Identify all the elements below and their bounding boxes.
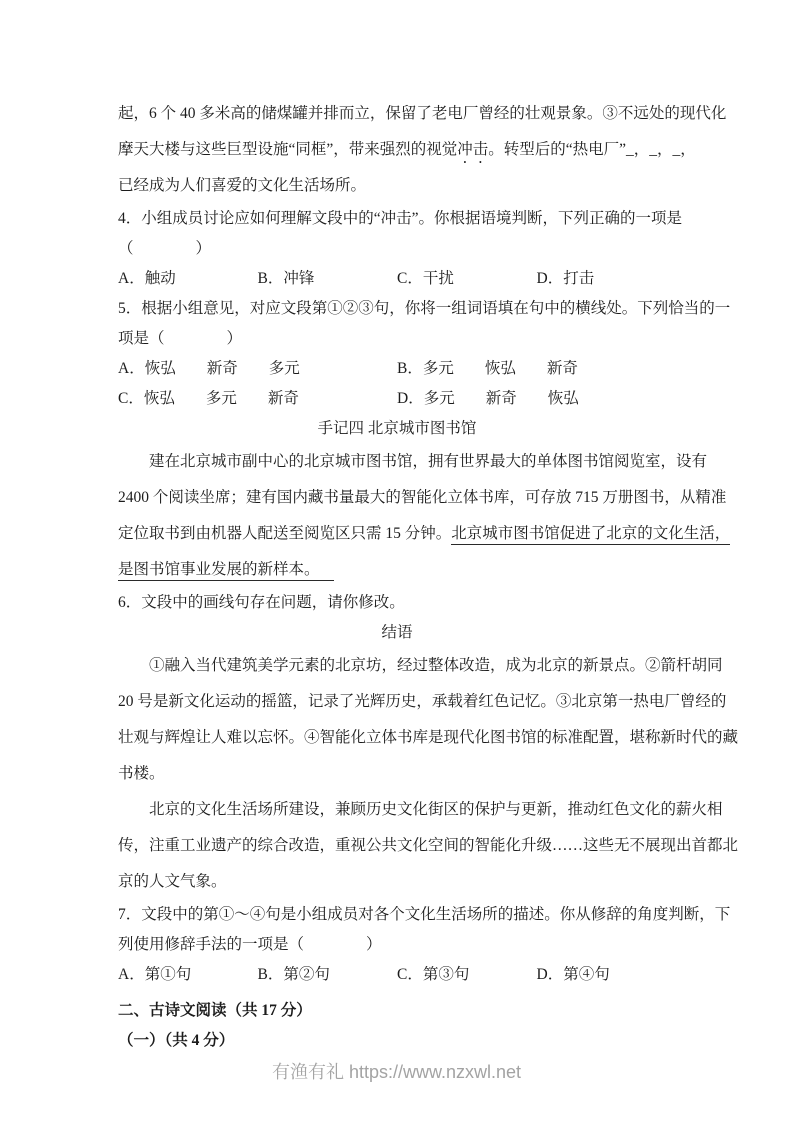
option-a: A．第①句 <box>118 960 258 990</box>
option-b: B．多元 恢弘 新奇 <box>397 354 676 384</box>
option-d: D．多元 新奇 恢弘 <box>397 384 676 414</box>
question-6-stem: 6．文段中的画线句存在问题，请你修改。 <box>118 588 676 618</box>
text-run: 。转型后的“热电厂” <box>488 141 626 158</box>
note-four-heading: 手记四 北京城市图书馆 <box>118 414 676 444</box>
paragraph-line: 定位取书到由机器人配送至阅览区只需 15 分钟。北京城市图书馆促进了北京的文化生… <box>118 516 676 552</box>
question-5-stem: 5．根据小组意见，对应文段第①②③句，你将一组词语填在句中的横线处。下列恰当的一 <box>118 294 676 324</box>
text-run: 定位取书到由机器人配送至阅览区只需 15 分钟。 <box>118 525 451 542</box>
paragraph-line: 京的人文气象。 <box>118 864 676 900</box>
option-c: C．恢弘 多元 新奇 <box>118 384 397 414</box>
section-two-title: 二、古诗文阅读（共 17 分） <box>118 996 676 1026</box>
closing-heading: 结语 <box>118 618 676 648</box>
paragraph-line: 北京的文化生活场所建设，兼顾历史文化街区的保护与更新，推动红色文化的薪火相 <box>118 792 676 828</box>
question-5-options-row2: C．恢弘 多元 新奇 D．多元 新奇 恢弘 <box>118 384 676 414</box>
paragraph-line: 20 号是新文化运动的摇篮，记录了光辉历史，承载着红色记忆。③北京第一热电厂曾经… <box>118 684 676 720</box>
option-a: A．触动 <box>118 264 258 294</box>
paragraph-line: 摩天大楼与这些巨型设施“同框”，带来强烈的视觉冲击。转型后的“热电厂”_，_，_… <box>118 132 676 168</box>
option-b: B．第②句 <box>258 960 398 990</box>
question-5-stem-continued: 项是（ ） <box>118 324 676 354</box>
question-4-stem: 4．小组成员讨论应如何理解文段中的“冲击”。你根据语境判断，下列正确的一项是 <box>118 204 676 234</box>
question-4-options: A．触动 B．冲锋 C．干扰 D．打击 <box>118 264 676 294</box>
text-run: 摩天大楼与这些巨型设施“同框”，带来强烈的视觉 <box>118 141 457 158</box>
question-7-stem-continued: 列使用修辞手法的一项是（ ） <box>118 930 676 960</box>
question-7-options: A．第①句 B．第②句 C．第③句 D．第④句 <box>118 960 676 990</box>
page-content: 起，6 个 40 多米高的储煤罐并排而立，保留了老电厂曾经的壮观景象。③不远处的… <box>118 96 676 1056</box>
watermark-footer: 有渔有礼 https://www.nzxwl.net <box>0 1058 793 1084</box>
exam-paper-page: 起，6 个 40 多米高的储煤罐并排而立，保留了老电厂曾经的壮观景象。③不远处的… <box>0 0 793 1122</box>
underlined-sentence: 是图书馆事业发展的新样本。 <box>118 561 334 581</box>
question-7-stem: 7．文段中的第①～④句是小组成员对各个文化生活场所的描述。你从修辞的角度判断，下 <box>118 900 676 930</box>
paragraph-line: ①融入当代建筑美学元素的北京坊，经过整体改造，成为北京的新景点。②箭杆胡同 <box>118 648 676 684</box>
question-4-answer-bracket: （ ） <box>118 234 676 264</box>
underlined-sentence: 北京城市图书馆促进了北京的文化生活， <box>451 525 730 545</box>
question-5-options-row1: A．恢弘 新奇 多元 B．多元 恢弘 新奇 <box>118 354 676 384</box>
paragraph-line: 建在北京城市副中心的北京城市图书馆，拥有世界最大的单体图书馆阅览室，设有 <box>118 444 676 480</box>
fill-in-blanks: _，_，_， <box>626 141 696 158</box>
paragraph-line: 壮观与辉煌让人难以忘怀。④智能化立体书库是现代化图书馆的标准配置，堪称新时代的藏 <box>118 720 676 756</box>
emphasized-text: 冲击 <box>457 141 488 158</box>
option-b: B．冲锋 <box>258 264 398 294</box>
paragraph-line: 起，6 个 40 多米高的储煤罐并排而立，保留了老电厂曾经的壮观景象。③不远处的… <box>118 96 676 132</box>
paragraph-line: 已经成为人们喜爱的文化生活场所。 <box>118 168 676 204</box>
paragraph-line: 2400 个阅读坐席；建有国内藏书量最大的智能化立体书库，可存放 715 万册图… <box>118 480 676 516</box>
paragraph-line: 书楼。 <box>118 756 676 792</box>
paragraph-line: 传，注重工业遗产的综合改造，重视公共文化空间的智能化升级……这些无不展现出首都北 <box>118 828 676 864</box>
option-a: A．恢弘 新奇 多元 <box>118 354 397 384</box>
option-d: D．打击 <box>537 264 677 294</box>
option-c: C．第③句 <box>397 960 537 990</box>
option-d: D．第④句 <box>537 960 677 990</box>
section-two-part-one: （一）（共 4 分） <box>118 1026 676 1056</box>
paragraph-line: 是图书馆事业发展的新样本。 <box>118 552 676 588</box>
option-c: C．干扰 <box>397 264 537 294</box>
